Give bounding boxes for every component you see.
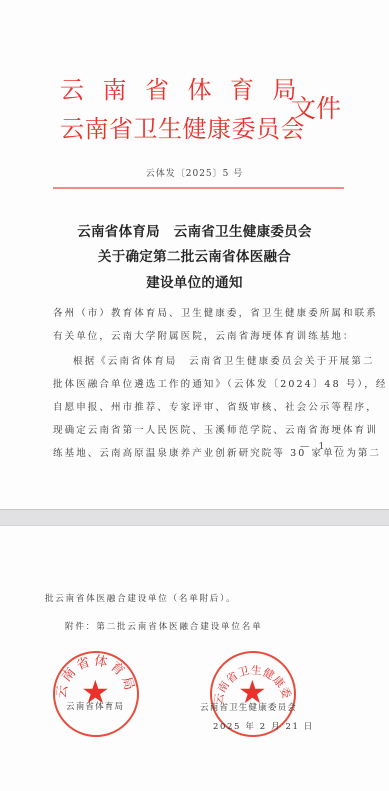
- body-text-line: 批云南省体医融合建设单位（名单附后）。: [45, 592, 236, 604]
- body-text-line: 批体医融合单位遴选工作的通知》（云体发〔2024〕48 号），经: [53, 376, 388, 390]
- notice-title-line-1: 云南省体育局 云南省卫生健康委员会: [0, 220, 389, 240]
- issue-date: 2025 年 2 月 21 日: [213, 720, 314, 732]
- body-text-line: 自愿申报、州市推荐、专家评审、省级审核、社会公示等程序，: [53, 399, 378, 413]
- signer-sports-bureau: 云南省体育局: [66, 700, 124, 712]
- signer-health-commission: 云南省卫生健康委员会: [200, 701, 297, 713]
- body-text-line: 有关单位，云南大学附属医院，云南省海埂体育训练基地：: [53, 328, 355, 342]
- issuer-name-health-commission: 云南省卫生健康委员会: [60, 109, 305, 144]
- page-separator: [0, 509, 389, 526]
- document-number: 云体发〔2025〕5 号: [0, 166, 389, 179]
- page-number: — 1 —: [300, 441, 346, 452]
- body-text-line: 根据《云南省体育局 云南省卫生健康委员会关于开展第二: [73, 353, 375, 367]
- notice-title-line-3: 建设单位的通知: [0, 271, 389, 291]
- document-header-suffix: 文件: [291, 89, 341, 125]
- red-divider: [53, 187, 344, 189]
- attachment-note: 附件：第二批云南省体医融合建设单位名单: [65, 620, 263, 632]
- body-text-line: 各州（市）教育体育局、卫生健康委，省卫生健康委所属和联系: [53, 305, 378, 319]
- issuer-name-sports-bureau: 云南省体育局: [60, 70, 315, 105]
- notice-title-line-2: 关于确定第二批云南省体医融合: [0, 245, 389, 265]
- body-text-line: 现确定云南省第一人民医院、玉溪师范学院、云南省海埂体育训: [53, 422, 378, 436]
- document-page-1: 云南省体育局 云南省卫生健康委员会 文件 云体发〔2025〕5 号 云南省体育局…: [0, 0, 389, 509]
- official-seal-sports-bureau: 云南省体育局 ★: [53, 651, 139, 737]
